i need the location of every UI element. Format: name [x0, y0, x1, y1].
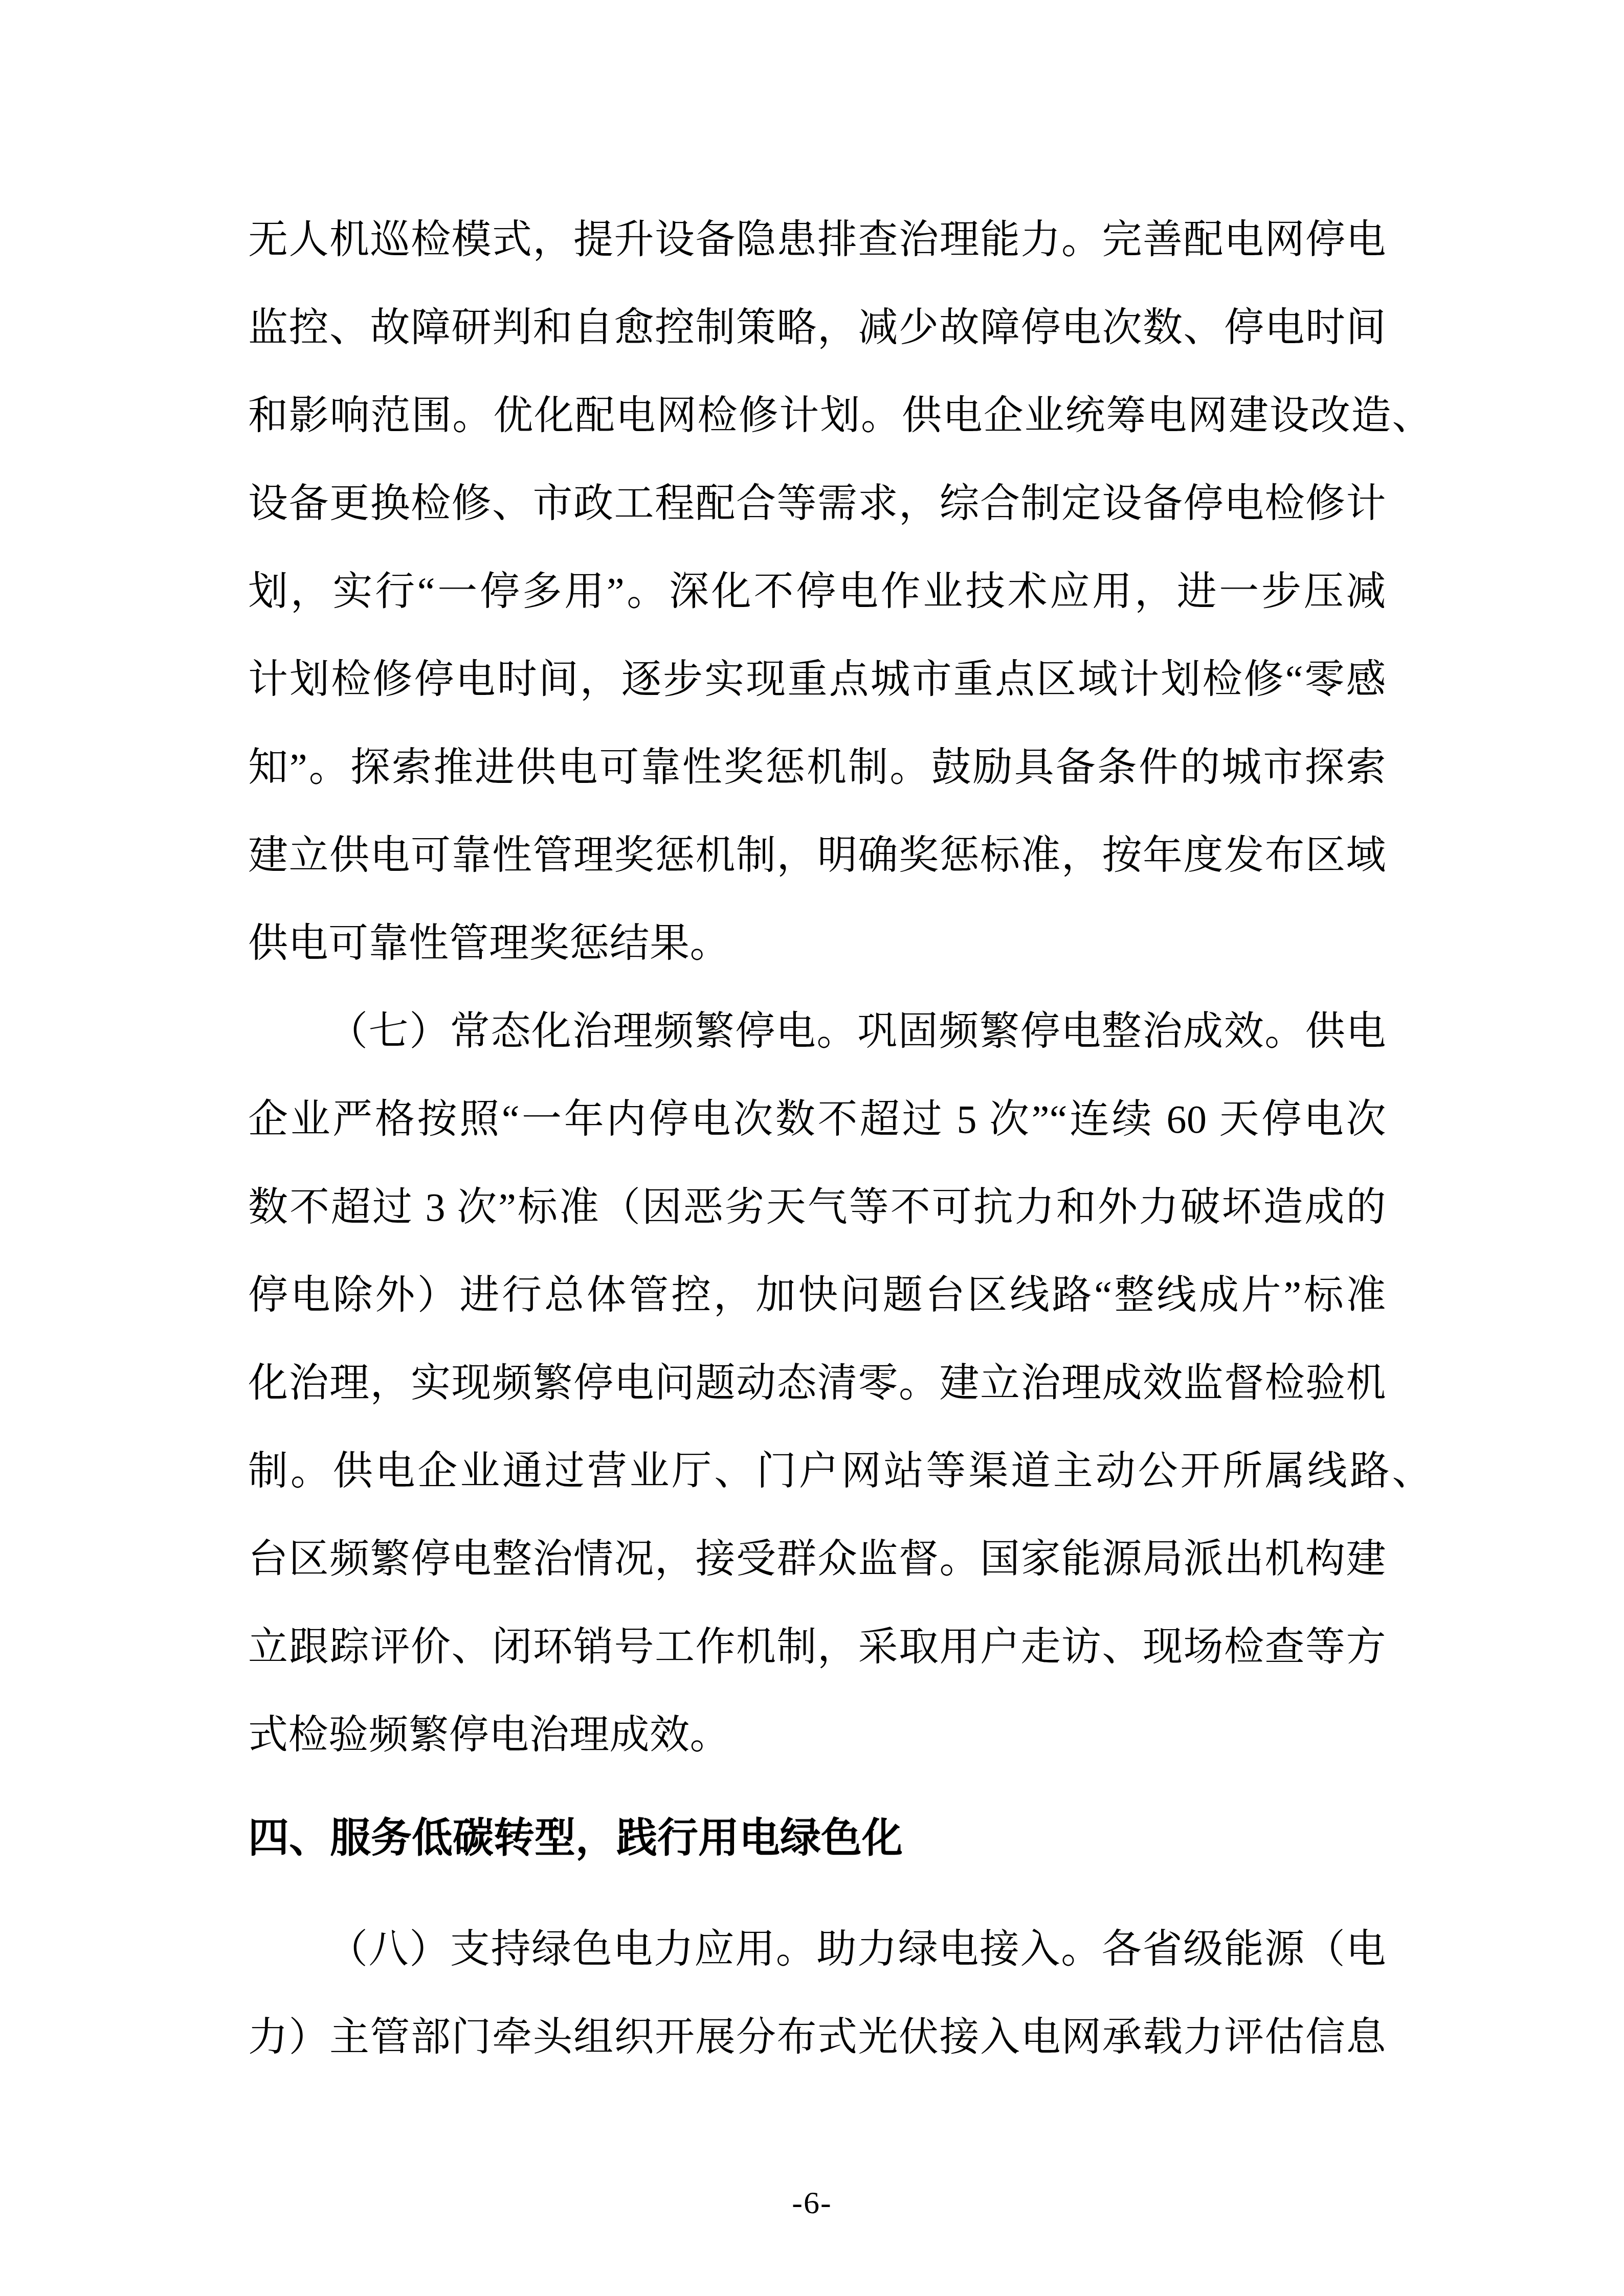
body-text-line: （八）支持绿色电力应用。助力绿电接入。各省级能源（电 [248, 1905, 1386, 1993]
body-text-line: 供电可靠性管理奖惩结果。 [248, 899, 1386, 987]
body-text-line: 设备更换检修、市政工程配合等需求，综合制定设备停电检修计 [248, 460, 1386, 548]
body-text-line: 建立供电可靠性管理奖惩机制，明确奖惩标准，按年度发布区域 [248, 812, 1386, 899]
body-text-line: 停电除外）进行总体管控，加快问题台区线路“整线成片”标准 [248, 1251, 1386, 1339]
body-text-line: 知”。探索推进供电可靠性奖惩机制。鼓励具备条件的城市探索 [248, 724, 1386, 812]
body-text-line: 企业严格按照“一年内停电次数不超过 5 次”“连续 60 天停电次 [248, 1075, 1386, 1163]
body-text-line: 式检验频繁停电治理成效。 [248, 1691, 1386, 1779]
body-text-line: 划，实行“一停多用”。深化不停电作业技术应用，进一步压减 [248, 548, 1386, 636]
body-text-line: 数不超过 3 次”标准（因恶劣天气等不可抗力和外力破坏造成的 [248, 1163, 1386, 1251]
body-text-line: 计划检修停电时间，逐步实现重点城市重点区域计划检修“零感 [248, 636, 1386, 724]
body-text-line: 台区频繁停电整治情况，接受群众监督。国家能源局派出机构建 [248, 1515, 1386, 1603]
section-heading: 四、服务低碳转型，践行用电绿色化 [248, 1794, 1386, 1882]
body-text-line: 立跟踪评价、闭环销号工作机制，采取用户走访、现场检查等方 [248, 1603, 1386, 1691]
paragraph-item-seven: （七）常态化治理频繁停电。巩固频繁停电整治成效。供电 企业严格按照“一年内停电次… [248, 987, 1386, 1779]
paragraph-item-eight: （八）支持绿色电力应用。助力绿电接入。各省级能源（电 力）主管部门牵头组织开展分… [248, 1905, 1386, 2081]
body-text-line: 制。供电企业通过营业厅、门户网站等渠道主动公开所属线路、 [248, 1427, 1432, 1515]
page-number: -6- [0, 2182, 1624, 2223]
paragraph-continuation: 无人机巡检模式，提升设备隐患排查治理能力。完善配电网停电 监控、故障研判和自愈控… [248, 196, 1386, 987]
body-text-line: 监控、故障研判和自愈控制策略，减少故障停电次数、停电时间 [248, 284, 1386, 372]
body-text-line: （七）常态化治理频繁停电。巩固频繁停电整治成效。供电 [248, 987, 1386, 1075]
document-page: 无人机巡检模式，提升设备隐患排查治理能力。完善配电网停电 监控、故障研判和自愈控… [0, 0, 1624, 2296]
body-text-line: 力）主管部门牵头组织开展分布式光伏接入电网承载力评估信息 [248, 1993, 1386, 2081]
body-text-line: 化治理，实现频繁停电问题动态清零。建立治理成效监督检验机 [248, 1339, 1386, 1427]
body-text-line: 无人机巡检模式，提升设备隐患排查治理能力。完善配电网停电 [248, 196, 1386, 284]
body-text-line: 和影响范围。优化配电网检修计划。供电企业统筹电网建设改造、 [248, 372, 1432, 460]
document-body: 无人机巡检模式，提升设备隐患排查治理能力。完善配电网停电 监控、故障研判和自愈控… [248, 196, 1386, 2081]
